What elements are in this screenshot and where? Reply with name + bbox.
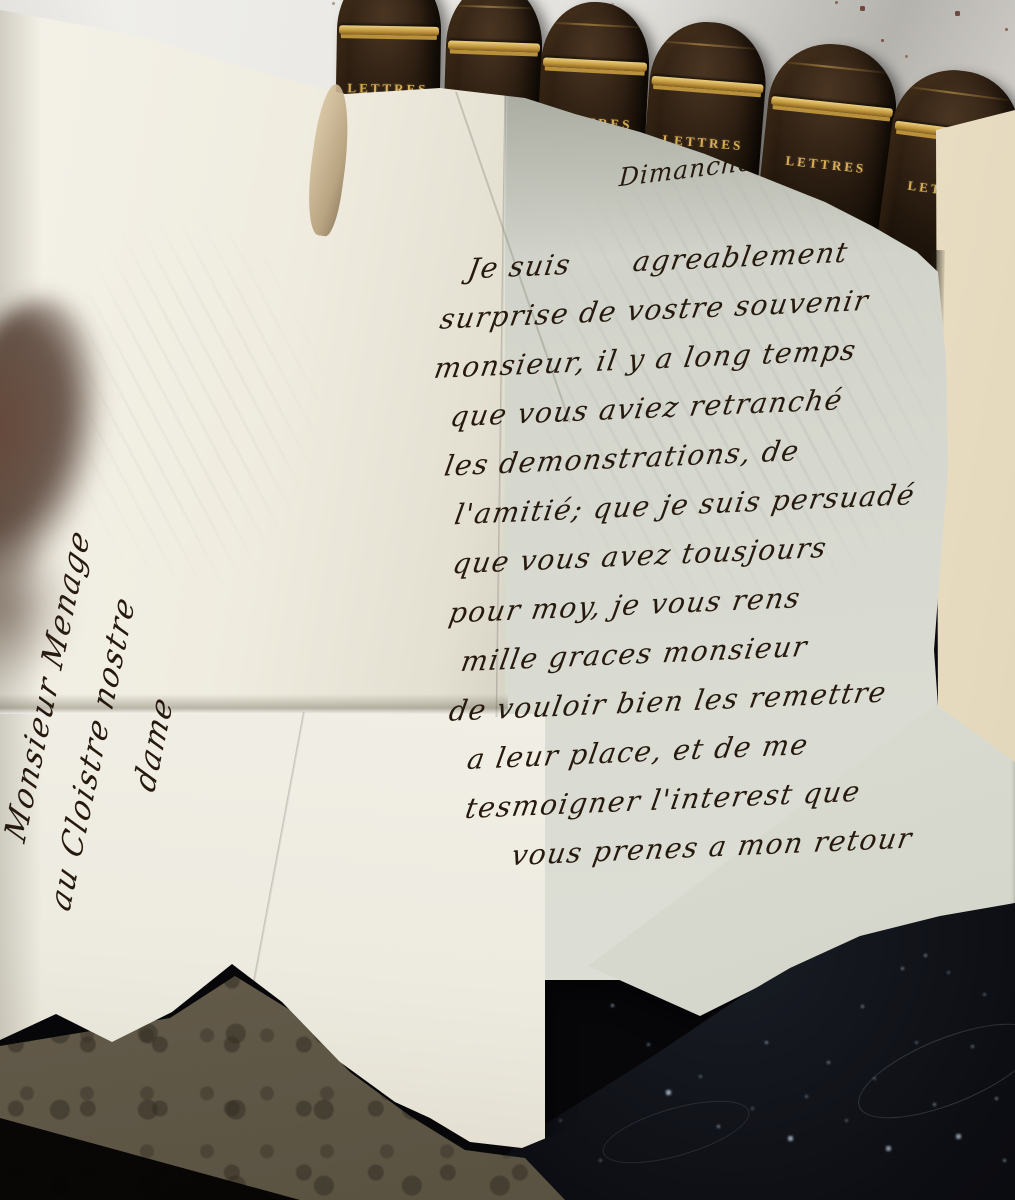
photo-canvas: LETTRES LETTRES LETTRES LETTRES LETTRES … [0, 0, 1015, 1200]
spine-headcap [780, 60, 892, 74]
letter-body: Je suis agreablement surprise de vostre … [434, 219, 1015, 882]
gold-fillet-band [339, 25, 439, 36]
gold-fillet-band [448, 40, 540, 52]
spine-headcap [550, 21, 645, 28]
light-reflections [0, 0, 1, 1]
gold-fillet-band [543, 57, 647, 71]
gold-fillet-band [652, 75, 764, 93]
gold-fillet-band [770, 96, 893, 118]
book-spine-title: LETTRES [761, 150, 890, 179]
spine-headcap [453, 4, 538, 9]
spine-headcap [905, 85, 1015, 102]
spine-headcap [660, 40, 762, 50]
